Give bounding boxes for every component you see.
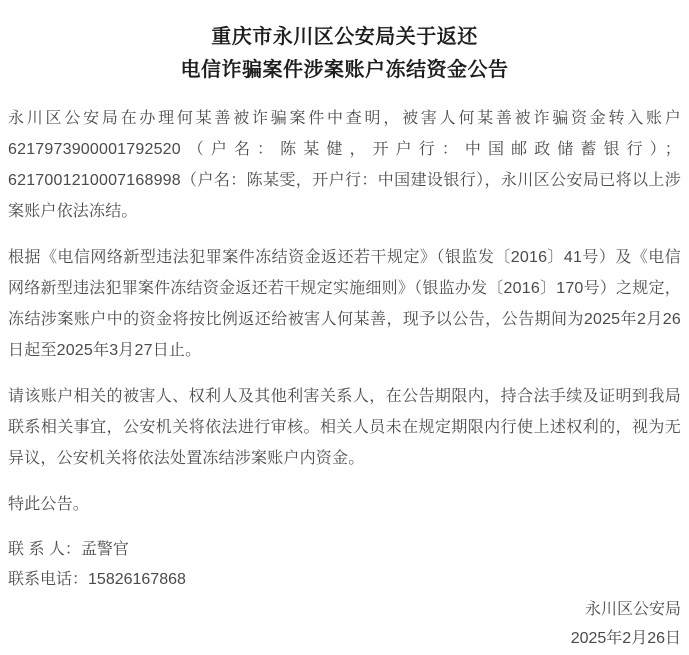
contact-block: 联 系 人：孟警官 联系电话：15826167868 bbox=[8, 535, 681, 595]
signature-block: 永川区公安局 2025年2月26日 bbox=[8, 595, 681, 653]
paragraph-legal-basis: 根据《电信网络新型违法犯罪案件冻结资金返还若干规定》（银监发〔2016〕41号）… bbox=[8, 242, 681, 366]
contact-phone-line: 联系电话：15826167868 bbox=[8, 565, 681, 595]
contact-phone-number: 15826167868 bbox=[88, 571, 186, 588]
contact-phone-label: 联系电话： bbox=[8, 571, 88, 588]
title-line-1: 重庆市永川区公安局关于返还 bbox=[8, 21, 681, 54]
signature-date: 2025年2月26日 bbox=[8, 624, 681, 653]
paragraph-case-details: 永川区公安局在办理何某善被诈骗案件中查明，被害人何某善被诈骗资金转入账户6217… bbox=[8, 103, 681, 227]
contact-person-label: 联 系 人： bbox=[8, 541, 81, 558]
signature-org: 永川区公安局 bbox=[8, 595, 681, 624]
paragraph-closing: 特此公告。 bbox=[8, 489, 681, 520]
document-title: 重庆市永川区公安局关于返还 电信诈骗案件涉案账户冻结资金公告 bbox=[8, 21, 681, 87]
announcement-document: 重庆市永川区公安局关于返还 电信诈骗案件涉案账户冻结资金公告 永川区公安局在办理… bbox=[0, 0, 689, 655]
contact-person-line: 联 系 人：孟警官 bbox=[8, 535, 681, 565]
paragraph-claim-instructions: 请该账户相关的被害人、权利人及其他利害关系人，在公告期限内，持合法手续及证明到我… bbox=[8, 381, 681, 474]
contact-person-name: 孟警官 bbox=[81, 541, 129, 558]
title-line-2: 电信诈骗案件涉案账户冻结资金公告 bbox=[8, 54, 681, 87]
